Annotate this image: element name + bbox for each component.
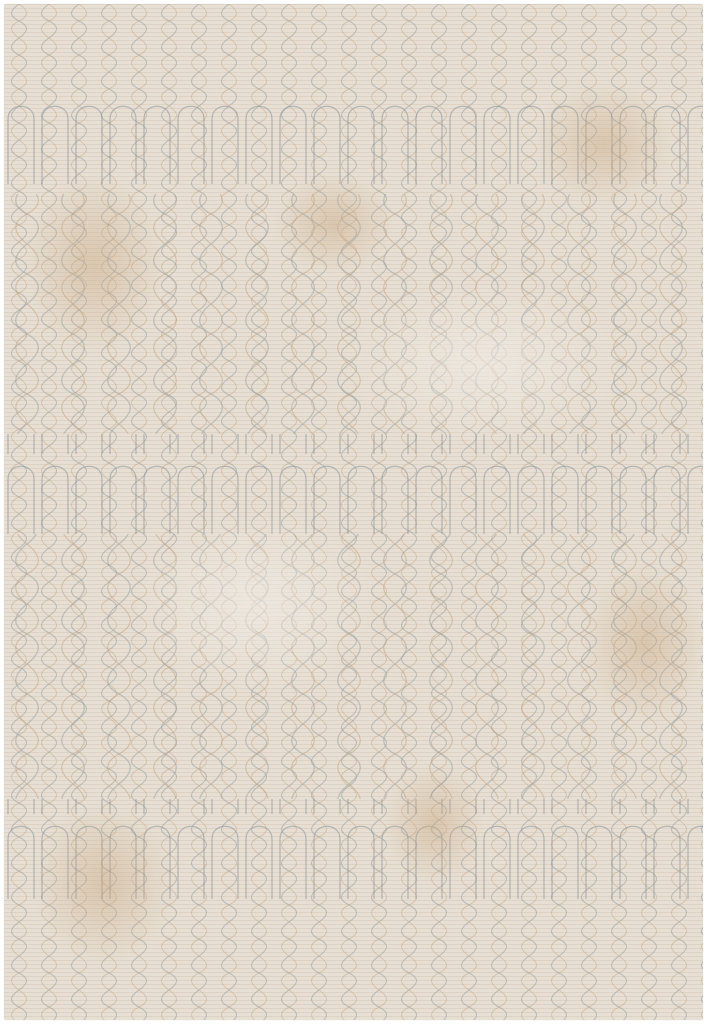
rug-pattern	[4, 4, 703, 1020]
rug-image	[4, 4, 703, 1020]
